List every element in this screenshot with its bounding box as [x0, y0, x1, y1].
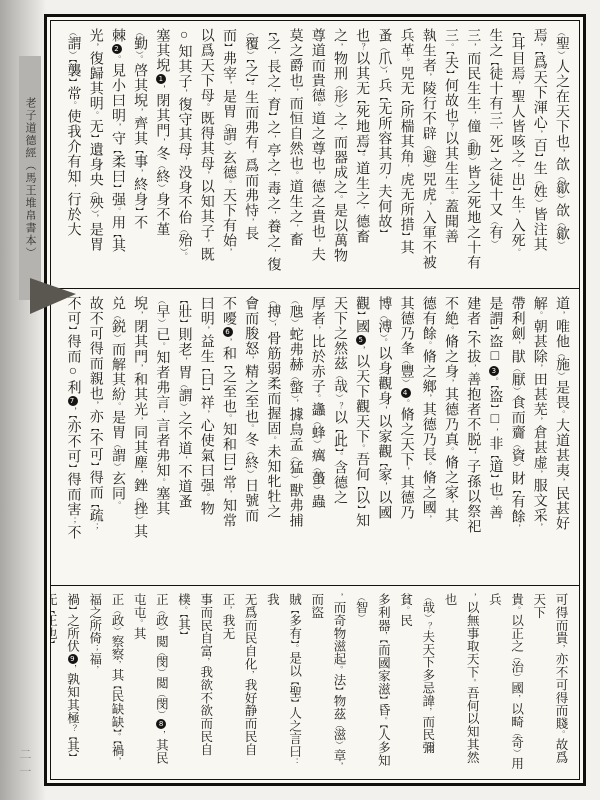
text-column: 多利器，【而國家滋】昏。【人多知（智） — [350, 593, 394, 774]
punctuation: 。 — [180, 606, 189, 614]
punctuation: ， — [202, 326, 211, 334]
punctuation: ， — [513, 81, 522, 89]
punctuation: 】 — [180, 631, 189, 639]
punctuation: 【 — [69, 415, 78, 419]
punctuation: ， — [335, 43, 344, 51]
punctuation: ， — [246, 356, 255, 364]
punctuation: ， — [268, 89, 277, 97]
punctuation: ） — [402, 379, 411, 387]
punctuation: ） — [335, 741, 344, 749]
punctuation: （ — [557, 349, 566, 357]
punctuation: ） — [557, 372, 566, 380]
footnote-marker: 6 — [223, 327, 233, 337]
punctuation: 【 — [180, 296, 189, 304]
punctuation: ） — [468, 157, 477, 165]
punctuation: ， — [268, 135, 277, 143]
text-column: 不嚘6，和【之至也。知和曰】常，知常 — [217, 296, 239, 580]
punctuation: ， — [135, 364, 144, 372]
punctuation: ？ — [335, 402, 344, 410]
punctuation: ， — [468, 43, 477, 51]
punctuation: ， — [446, 379, 455, 387]
punctuation: 【 — [513, 486, 522, 494]
text-column: 厚者，比於赤子。蠭（蜂）癘（蠆）蟲 — [306, 296, 328, 580]
punctuation: （ — [468, 134, 477, 142]
punctuation: ， — [157, 410, 166, 418]
punctuation: 。 — [557, 410, 566, 418]
punctuation: 。 — [557, 730, 566, 738]
punctuation: ） — [424, 164, 433, 172]
punctuation: 】 — [180, 319, 189, 327]
punctuation: ， — [468, 111, 477, 119]
punctuation: 【 — [535, 51, 544, 55]
book-title: 老子道德經（馬王堆帛書本） — [19, 56, 41, 300]
punctuation: 。 — [157, 342, 166, 350]
punctuation: 。 — [135, 619, 144, 627]
punctuation: ， — [224, 338, 233, 346]
punctuation: ， — [202, 658, 211, 666]
text-column: 其德乃夆（豐）4。脩之天下，其德乃 — [394, 296, 416, 580]
punctuation: 。 — [246, 82, 255, 90]
punctuation: ） — [224, 142, 233, 150]
punctuation: ） — [113, 463, 122, 471]
punctuation: 。 — [313, 103, 322, 111]
text-column: 道，唯他（施）是畏。大道甚夷，民甚好 — [550, 296, 572, 580]
punctuation: 。 — [268, 436, 277, 444]
punctuation: （ — [157, 690, 166, 698]
punctuation: 。 — [91, 111, 100, 119]
punctuation: （ — [313, 417, 322, 425]
punctuation: 。 — [402, 606, 411, 614]
text-column: 塞其堄1，閉其門，冬（終）身不堇 — [150, 28, 172, 283]
text-column: ，而奇物滋起。法】物茲（滋）章，而盜 — [306, 593, 350, 774]
text-band-bottom: 可得而貴，亦不可得而賤。故爲天下貴。以正之（治）國，以畸（奇）用兵，以無事取天下… — [51, 586, 579, 779]
punctuation: （ — [513, 364, 522, 372]
punctuation: ， — [224, 490, 233, 498]
punctuation: 】 — [268, 112, 277, 120]
text-column: 建者【不拔，善抱者不脱】，子孫以祭祀 — [461, 296, 483, 580]
punctuation: （ — [135, 28, 144, 36]
punctuation: ， — [535, 43, 544, 51]
punctuation: （ — [291, 296, 300, 304]
punctuation: 。 — [490, 377, 499, 385]
text-column: 而】弗宰，是胃（謂）玄德。天下有始， — [217, 28, 239, 283]
text-column: 解。朝甚除，田甚芜，倉甚虚，服文采， — [528, 296, 550, 580]
punctuation: ） — [513, 674, 522, 682]
punctuation: 】 — [513, 187, 522, 195]
punctuation: ， — [513, 694, 522, 702]
punctuation: 【 — [91, 424, 100, 432]
punctuation: 。 — [291, 171, 300, 179]
punctuation: ， — [535, 364, 544, 372]
punctuation: 】 — [379, 229, 388, 237]
punctuation: ； — [91, 645, 100, 653]
punctuation: （ — [535, 176, 544, 184]
punctuation: ， — [513, 341, 522, 349]
punctuation: ， — [335, 127, 344, 135]
text-column: 焉，【爲天下渾心，百】生（姓）皆注其 — [528, 28, 550, 283]
punctuation: （ — [335, 371, 344, 379]
punctuation: 。 — [335, 666, 344, 674]
text-column: 不可】得而○利7，【亦不可】得而害；不 — [61, 296, 83, 580]
punctuation: 】 — [69, 326, 78, 334]
punctuation: 【 — [379, 724, 388, 728]
text-column: 光，復歸其明。无】遺身央（殃），是胃 — [84, 28, 106, 283]
punctuation: 。 — [513, 164, 522, 172]
punctuation: 】 — [91, 134, 100, 142]
punctuation: ， — [91, 666, 100, 674]
punctuation: 。 — [113, 207, 122, 215]
text-column: （謂）【襲】常。使我介有知，行於大 — [61, 28, 83, 283]
punctuation: ； — [91, 523, 100, 531]
punctuation: ， — [379, 176, 388, 184]
punctuation: 。 — [446, 326, 455, 334]
punctuation: ， — [357, 206, 366, 214]
footnote-marker: 4 — [401, 388, 411, 398]
page-number: 二一 — [17, 748, 34, 782]
punctuation: ， — [468, 593, 477, 601]
punctuation: ： — [291, 758, 300, 766]
punctuation: ） — [69, 51, 78, 59]
text-column: 正（政）閲（閔）閲（閔）8，其民屯屯。其 — [128, 593, 172, 774]
punctuation: ， — [180, 157, 189, 165]
text-column: 兵革。兕无【所椯其角，虎无所措】其 — [394, 28, 416, 283]
punctuation: （ — [268, 296, 277, 304]
punctuation: ， — [202, 239, 211, 247]
text-column: （早）已。知者弗言，言者弗知。塞其 — [150, 296, 172, 580]
punctuation: 【 — [113, 682, 122, 690]
punctuation: 。 — [113, 501, 122, 509]
punctuation: （ — [157, 606, 166, 614]
footnote-marker: 8 — [156, 719, 166, 729]
punctuation: 。 — [446, 447, 455, 455]
footnote-marker: 5 — [356, 335, 366, 345]
punctuation: ， — [313, 326, 322, 334]
text-column: 兑（鋭）而解其紛。是胃（謂）玄同。 — [106, 296, 128, 580]
text-column: 德有餘。脩之鄉，其德乃長。脩之國， — [417, 296, 439, 580]
punctuation: ） — [513, 463, 522, 471]
punctuation: （ — [557, 28, 566, 36]
punctuation: （ — [291, 452, 300, 460]
punctuation: （ — [424, 141, 433, 149]
punctuation: ， — [202, 171, 211, 179]
punctuation: 】 — [51, 640, 55, 648]
text-column: 棘2。見小曰明，守【柔曰】强。用【其 — [106, 28, 128, 283]
punctuation: 】 — [535, 153, 544, 161]
text-column: ○知其子，復守其母，没身不佁（殆）。 — [172, 28, 194, 283]
punctuation: （ — [69, 28, 78, 36]
punctuation: ， — [246, 218, 255, 226]
text-band-middle: 道，唯他（施）是畏。大道甚夷，民甚好解。朝甚除，田甚芜，倉甚虚，服文采，帶利劍，… — [51, 289, 579, 585]
punctuation: ， — [424, 515, 433, 523]
text-column: 天下之然茲（哉）？以【此】。含德之 — [328, 296, 350, 580]
text-column: 觀】國5，以天下觀天下。吾何【以】知 — [350, 296, 372, 580]
punctuation: 】 — [69, 606, 78, 614]
punctuation: （ — [224, 119, 233, 127]
punctuation: ） — [157, 627, 166, 635]
punctuation: ， — [291, 88, 300, 96]
punctuation: ， — [135, 311, 144, 319]
punctuation: ， — [113, 757, 122, 765]
punctuation: 】 — [490, 326, 499, 334]
punctuation: 。 — [69, 101, 78, 109]
punctuation: ， — [379, 70, 388, 78]
punctuation: （ — [113, 311, 122, 319]
punctuation: （ — [113, 606, 122, 614]
punctuation: ） — [490, 240, 499, 248]
punctuation: （ — [180, 225, 189, 233]
punctuation: 【 — [513, 28, 522, 36]
punctuation: 【 — [202, 364, 211, 372]
text-column: （勤）。啓其堄，齊其【事，終身】不 — [128, 28, 150, 283]
punctuation: ， — [246, 670, 255, 678]
punctuation: 【 — [357, 482, 366, 490]
punctuation: ） — [157, 710, 166, 718]
punctuation: 】 — [69, 753, 78, 761]
punctuation: ， — [424, 202, 433, 210]
punctuation: 。 — [180, 252, 189, 260]
text-column: 也？以其无【死地焉】。道生之，德畜 — [350, 28, 372, 283]
text-column: 是謂】盗□3。【盗】□，非【道】也。善 — [483, 296, 505, 580]
text-column: 曰明，益生【曰】祥，心使氣曰强。物 — [195, 296, 217, 580]
punctuation: ， — [69, 407, 78, 415]
text-column: 不絶。脩之身，其德乃真。脩之家，其 — [439, 296, 461, 580]
punctuation: ， — [202, 410, 211, 418]
punctuation: （ — [379, 43, 388, 51]
punctuation: ， — [69, 665, 78, 673]
punctuation: 。 — [402, 58, 411, 66]
punctuation: 。 — [202, 493, 211, 501]
punctuation: ， — [291, 224, 300, 232]
punctuation: 【 — [402, 96, 411, 104]
punctuation: ， — [291, 399, 300, 407]
punctuation: ， — [490, 126, 499, 134]
punctuation: ， — [557, 645, 566, 653]
punctuation: （ — [157, 161, 166, 169]
punctuation: 【 — [490, 58, 499, 66]
punctuation: ， — [490, 428, 499, 436]
punctuation: ） — [246, 51, 255, 59]
punctuation: 【 — [180, 614, 189, 618]
punctuation: ） — [157, 184, 166, 192]
text-column: 【壯】則老，胃（謂）之不道，不道蚤 — [172, 296, 194, 580]
punctuation: ， — [379, 482, 388, 490]
punctuation: （ — [402, 356, 411, 364]
punctuation: （ — [513, 728, 522, 736]
punctuation: ， — [379, 632, 388, 640]
punctuation: 。 — [357, 444, 366, 452]
text-column: （搏），骨筋弱柔而握固。未知牝牡之 — [261, 296, 283, 580]
punctuation: （ — [313, 463, 322, 471]
punctuation: 【 — [490, 451, 499, 459]
punctuation: 】 — [202, 387, 211, 395]
punctuation: ） — [335, 104, 344, 112]
punctuation: ， — [224, 81, 233, 89]
punctuation: 。 — [379, 338, 388, 346]
text-column: ，以無事取天下。吾何以知其然也 — [439, 593, 483, 774]
punctuation: ， — [91, 214, 100, 222]
punctuation: ， — [268, 249, 277, 257]
punctuation: （ — [557, 218, 566, 226]
punctuation: 【 — [113, 230, 122, 238]
punctuation: 】 — [69, 464, 78, 472]
punctuation: （ — [513, 440, 522, 448]
punctuation: ， — [446, 500, 455, 508]
punctuation: 。 — [535, 311, 544, 319]
text-column: 堄，閉其門，和其光，同其塵，銼（挫）其 — [128, 296, 150, 580]
footnote-marker: 9 — [68, 654, 78, 664]
punctuation: 。 — [291, 644, 300, 652]
punctuation: ， — [268, 211, 277, 219]
punctuation: ， — [335, 762, 344, 770]
punctuation: ， — [246, 150, 255, 158]
punctuation: 【 — [91, 500, 100, 508]
punctuation: ， — [335, 593, 344, 601]
punctuation: ， — [424, 394, 433, 402]
text-column: 正（政）察察，其【民缺缺】。【禍，福之所倚；福， — [84, 593, 128, 774]
punctuation: ） — [557, 195, 566, 203]
punctuation: ， — [468, 364, 477, 372]
punctuation: 【 — [268, 28, 277, 36]
text-column: 執生者，陵行不辟（避）兕虎，入軍不被 — [417, 28, 439, 283]
punctuation: ， — [113, 661, 122, 669]
punctuation: ） — [291, 319, 300, 327]
punctuation: （ — [113, 440, 122, 448]
punctuation: 】 — [379, 695, 388, 703]
text-column: 會而朘怒，精之至也。冬（終）日號而 — [239, 296, 261, 580]
text-column: 生之【徒十有三，死】之徒十又（有） — [483, 28, 505, 283]
punctuation: 【 — [135, 146, 144, 154]
punctuation: ， — [224, 606, 233, 614]
punctuation: 。 — [202, 103, 211, 111]
punctuation: ， — [135, 470, 144, 478]
punctuation: 。 — [157, 478, 166, 486]
text-column: 【之，長之，育】之，亭之，毒之，養之，復 — [261, 28, 283, 283]
punctuation: 】 — [490, 474, 499, 482]
punctuation: 【 — [379, 459, 388, 467]
punctuation: ， — [135, 417, 144, 425]
punctuation: 【 — [335, 425, 344, 433]
punctuation: ？ — [424, 622, 433, 630]
punctuation: ， — [113, 123, 122, 131]
punctuation: 。 — [446, 43, 455, 51]
punctuation: （ — [513, 653, 522, 661]
punctuation: ） — [424, 614, 433, 622]
punctuation: （ — [91, 187, 100, 195]
punctuation: 【 — [490, 385, 499, 389]
text-column: 蚤（爪），兵【无所容其刃，夫何故】 — [372, 28, 394, 283]
punctuation: 【 — [69, 59, 78, 63]
punctuation: 】 — [357, 311, 366, 319]
punctuation: （ — [424, 593, 433, 601]
punctuation: ？ — [446, 123, 455, 131]
footnote-marker: 7 — [68, 396, 78, 406]
punctuation: ， — [313, 239, 322, 247]
punctuation: ？ — [357, 43, 366, 51]
punctuation: ， — [180, 89, 189, 97]
punctuation: ） — [313, 486, 322, 494]
text-column: 无爲而民自化，我好静而民自正，我无 — [217, 593, 261, 774]
text-column: 【耳目焉，聖人皆咳之。出】生，入死。 — [505, 28, 527, 283]
punctuation: ， — [513, 524, 522, 532]
punctuation: ， — [157, 138, 166, 146]
text-column: 禍】之所伏9，孰知其極？【其】无【正也】 — [51, 593, 84, 774]
punctuation: 【 — [51, 606, 55, 614]
punctuation: ， — [180, 357, 189, 365]
frame-inner-border: （聖）人之在天下也，欱（歙）欱（歙）焉，【爲天下渾心，百】生（姓）皆注其【耳目焉… — [50, 20, 580, 780]
punctuation: ， — [268, 323, 277, 331]
footnote-marker: 3 — [489, 366, 499, 376]
punctuation: ） — [513, 387, 522, 395]
punctuation: 。 — [446, 191, 455, 199]
punctuation: 【 — [113, 740, 122, 744]
punctuation: ， — [535, 470, 544, 478]
punctuation: ， — [180, 456, 189, 464]
punctuation: ， — [402, 164, 411, 172]
text-column: 事而民自富，我欲不欲而民自樸。【其】 — [172, 593, 216, 774]
punctuation: ； — [69, 517, 78, 525]
punctuation: 。 — [424, 462, 433, 470]
punctuation: 。 — [113, 402, 122, 410]
punctuation: ， — [535, 417, 544, 425]
punctuation: ， — [268, 173, 277, 181]
punctuation: 【 — [224, 361, 233, 369]
punctuation: （ — [180, 380, 189, 388]
punctuation: 。 — [224, 414, 233, 422]
punctuation: 【 — [113, 146, 122, 154]
punctuation: 】 — [402, 232, 411, 240]
text-column: 貴。以正之（治）國，以畸（奇）用兵 — [483, 593, 527, 774]
punctuation: ） — [291, 475, 300, 483]
punctuation: 【 — [69, 732, 78, 740]
punctuation: ） — [357, 614, 366, 622]
punctuation: （ — [557, 172, 566, 180]
punctuation: ） — [157, 669, 166, 677]
text-column: 莫之爵也，而恒自然也。道生之，畜 — [283, 28, 305, 283]
text-column: 賊【多有】。是以【聖】人之言曰：我 — [261, 593, 305, 774]
punctuation: 【 — [379, 640, 388, 644]
punctuation: ， — [135, 169, 144, 177]
punctuation: 】 — [291, 698, 300, 706]
text-column: （覆）【之】。生而弗有，爲而弗恃，長 — [239, 28, 261, 283]
punctuation: 。 — [513, 606, 522, 614]
punctuation: 】 — [91, 462, 100, 470]
punctuation: 【 — [291, 678, 300, 686]
punctuation: 【 — [468, 326, 477, 334]
punctuation: 】 — [224, 467, 233, 475]
text-column: 可得而貴，亦不可得而賤。故爲天下 — [528, 593, 572, 774]
punctuation: 。 — [490, 497, 499, 505]
punctuation: 。 — [113, 55, 122, 63]
punctuation: 】 — [224, 43, 233, 51]
punctuation: 。 — [135, 55, 144, 63]
punctuation: （ — [379, 311, 388, 319]
punctuation: （ — [335, 720, 344, 728]
punctuation: ， — [224, 248, 233, 256]
page-marker-triangle — [30, 278, 76, 314]
punctuation: 。 — [335, 452, 344, 460]
punctuation: ） — [180, 403, 189, 411]
punctuation: ， — [557, 311, 566, 319]
punctuation: ） — [557, 241, 566, 249]
punctuation: ， — [135, 108, 144, 116]
punctuation: 。 — [335, 195, 344, 203]
punctuation: 】 — [135, 207, 144, 215]
text-column: 三。【夫】何故也？以其生生。蓋聞善 — [439, 28, 461, 283]
punctuation: 。 — [357, 153, 366, 161]
punctuation: 。 — [424, 341, 433, 349]
punctuation: （ — [157, 296, 166, 304]
punctuation: （ — [490, 217, 499, 225]
